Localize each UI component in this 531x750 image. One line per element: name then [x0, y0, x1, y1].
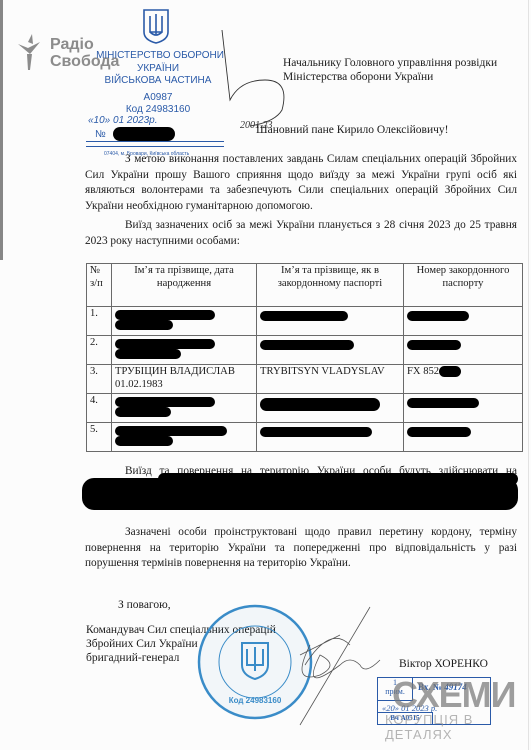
- letterhead-unit-number: А0987: [98, 92, 218, 104]
- letterhead-rule: [86, 141, 224, 142]
- table-row: 1.: [87, 307, 523, 336]
- table-header-row: № з/п Ім’я та прізвище, дата народження …: [87, 264, 523, 307]
- letter-number-redaction: [113, 127, 175, 141]
- scan-edge: [0, 0, 3, 260]
- document-page: Радіо Свобода МІНІСТЕРСТВО ОБОРОНИ УКРАЇ…: [0, 0, 531, 750]
- row-name-redacted: [112, 307, 257, 336]
- row-num: 4.: [87, 394, 112, 423]
- addressee-line1: Начальнику Головного управління розвідки: [283, 56, 497, 70]
- row-passport-number: FX 852: [404, 365, 523, 394]
- letter-number-label: №: [95, 129, 106, 140]
- paragraph-request: З метою виконання поставлених завдань Си…: [85, 152, 517, 214]
- row-num: 3.: [87, 365, 112, 394]
- paragraph-dates: Виїзд зазначених осіб за межі України пл…: [85, 218, 517, 249]
- row-name: ТРУБІЦИН ВЛАДИСЛАВ: [115, 366, 253, 379]
- header-passport-name: Ім’я та прізвище, як в закордонному пасп…: [257, 264, 404, 307]
- vehicles-redaction: [82, 478, 518, 510]
- header-name-dob: Ім’я та прізвище, дата народження: [112, 264, 257, 307]
- row-passport-name-redacted: [257, 336, 404, 365]
- letter-date: «10» 01 2023р.: [88, 115, 158, 126]
- row-passport-name: TRYBITSYN VLADYSLAV: [257, 365, 404, 394]
- row-passport-number-redacted: [404, 394, 523, 423]
- letterhead-country: УКРАЇНИ: [98, 63, 218, 75]
- persons-table: № з/п Ім’я та прізвище, дата народження …: [86, 263, 523, 452]
- row-passport-number-redacted: [404, 307, 523, 336]
- scan-edge-right: [528, 0, 529, 750]
- row-name-dob: ТРУБІЦИН ВЛАДИСЛАВ01.02.1983: [112, 365, 257, 394]
- radio-svoboda-logo-icon: [14, 32, 44, 72]
- row-passport-name-redacted: [257, 423, 404, 452]
- row-dob: 01.02.1983: [115, 379, 253, 392]
- row-passport-number-redacted: [404, 423, 523, 452]
- row-name-redacted: [112, 336, 257, 365]
- row-name-redacted: [112, 423, 257, 452]
- row-name-redacted: [112, 394, 257, 423]
- row-passport-number-visible: FX 852: [407, 366, 439, 377]
- regards: З повагою,: [118, 599, 171, 611]
- table-row: 2.: [87, 336, 523, 365]
- schemes-watermark: СХЕМИ: [392, 674, 516, 716]
- signer-name: Віктор ХОРЕНКО: [399, 658, 488, 670]
- table-row: 5.: [87, 423, 523, 452]
- passport-number-redaction: [439, 366, 461, 377]
- table-row: 3. ТРУБІЦИН ВЛАДИСЛАВ01.02.1983 TRYBITSY…: [87, 365, 523, 394]
- paragraph-instructions: Зазначені особи проінструктовані щодо пр…: [85, 525, 517, 572]
- header-num: № з/п: [87, 264, 112, 307]
- addressee-block: Начальнику Головного управління розвідки…: [283, 56, 497, 84]
- row-passport-number-redacted: [404, 336, 523, 365]
- handwritten-signature: [280, 605, 390, 735]
- row-passport-name-redacted: [257, 307, 404, 336]
- row-num: 2.: [87, 336, 112, 365]
- trident-emblem-icon: [142, 8, 170, 44]
- row-num: 1.: [87, 307, 112, 336]
- greeting: Шановний пане Кирило Олексійовичу!: [256, 124, 448, 136]
- addressee-line2: Міністерства оборони України: [283, 70, 497, 84]
- svg-text:Код 24983160: Код 24983160: [229, 696, 282, 705]
- letterhead-ministry: МІНІСТЕРСТВО ОБОРОНИ: [90, 50, 230, 62]
- schemes-watermark-subtitle: КОРУПЦІЯ В ДЕТАЛЯХ: [385, 712, 531, 742]
- row-num: 5.: [87, 423, 112, 452]
- letterhead-unit-type: ВІЙСЬКОВА ЧАСТИНА: [98, 75, 218, 87]
- table-row: 4.: [87, 394, 523, 423]
- header-passport-number: Номер закордонного паспорту: [404, 264, 523, 307]
- letterhead-rule: [86, 146, 224, 147]
- row-passport-name-redacted: [257, 394, 404, 423]
